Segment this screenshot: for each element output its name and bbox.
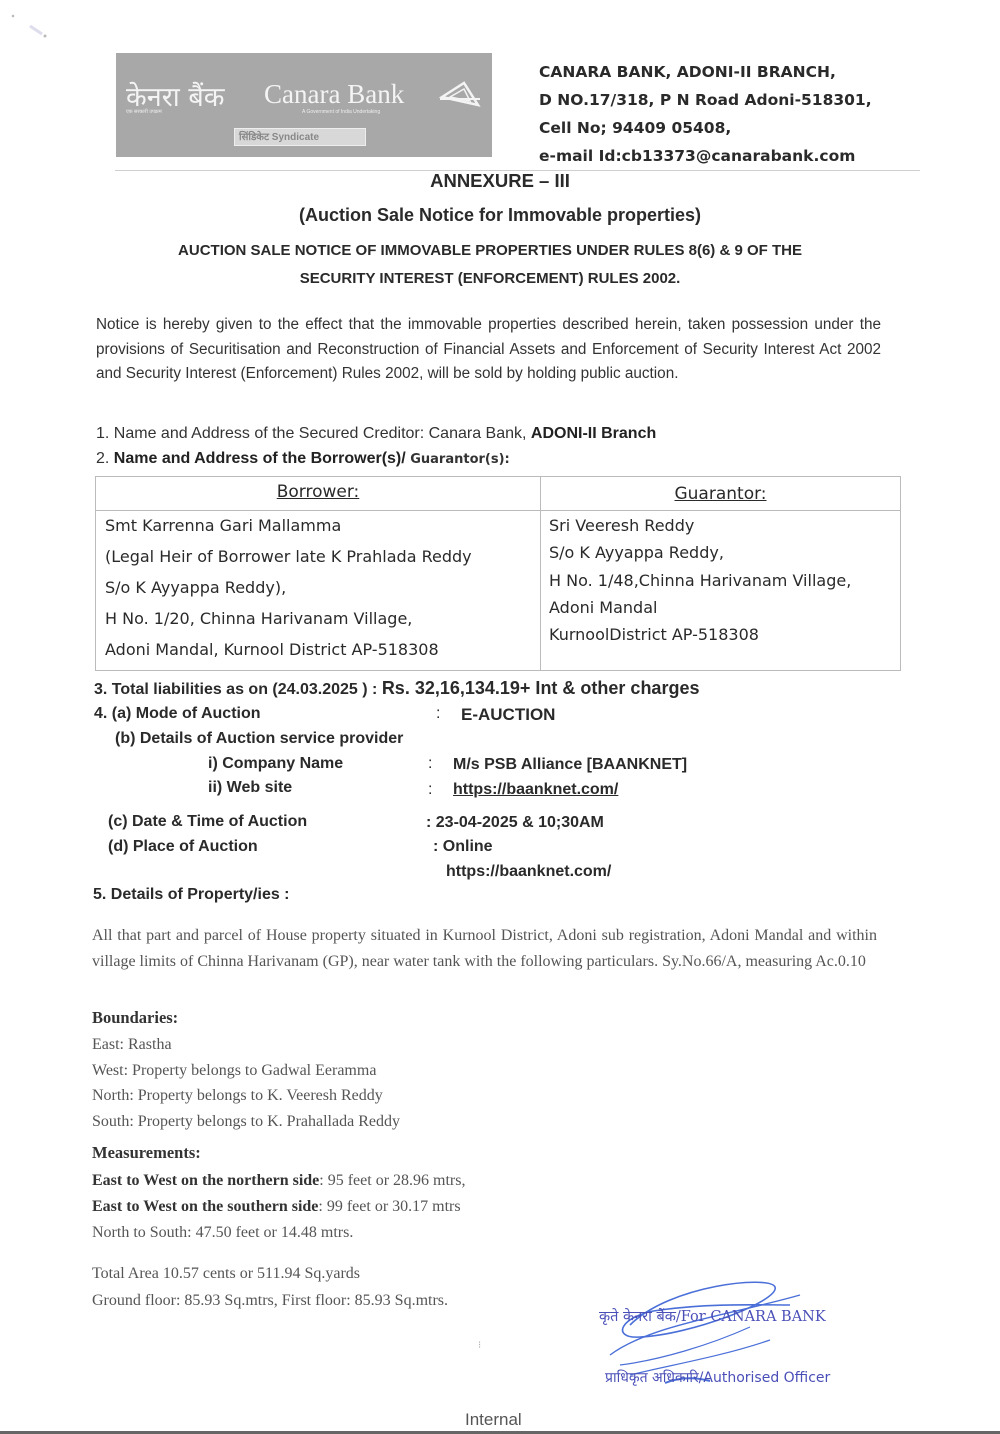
measurement-label: East to West on the northern side <box>92 1172 319 1189</box>
total-liabilities: 3. Total liabilities as on (24.03.2025 )… <box>94 678 699 699</box>
auction-place-url[interactable]: https://baanknet.com/ <box>446 863 611 881</box>
colon: : <box>428 781 432 799</box>
auction-datetime-value: : 23-04-2025 & 10;30AM <box>426 814 604 832</box>
auction-mode-label: 4. (a) Mode of Auction <box>94 705 261 723</box>
scan-speck <box>10 14 50 44</box>
measurement-label: East to West on the southern side <box>92 1198 318 1215</box>
canara-triangle-emblem-icon <box>438 79 482 109</box>
borrower-cell: Smt Karrenna Gari Mallamma (Legal Heir o… <box>105 510 472 665</box>
borrower-line: S/o K Ayyappa Reddy), <box>105 572 472 603</box>
website-link[interactable]: https://baanknet.com/ <box>453 781 618 799</box>
guarantor-cell: Sri Veeresh Reddy S/o K Ayyappa Reddy, H… <box>549 512 851 648</box>
notice-paragraph: Notice is hereby given to the effect tha… <box>96 313 881 387</box>
canara-bank-logo: केनरा बैंक Canara Bank एक सरकारी उपक्रम … <box>116 53 492 157</box>
boundary-item: West: Property belongs to Gadwal Eeramma <box>92 1058 400 1084</box>
guarantor-header: Guarantor: <box>541 484 900 504</box>
table-divider <box>540 477 541 670</box>
branch-address: CANARA BANK, ADONI-II BRANCH, D NO.17/31… <box>539 58 872 170</box>
guarantor-line: Adoni Mandal <box>549 594 851 621</box>
classification-label: Internal <box>465 1410 522 1430</box>
service-provider-label: (b) Details of Auction service provider <box>115 730 403 748</box>
colon: : <box>428 755 432 773</box>
boundary-item: South: Property belongs to K. Prahallada… <box>92 1109 400 1135</box>
borrower-line: (Legal Heir of Borrower late K Prahlada … <box>105 541 472 572</box>
auction-datetime-label: (c) Date & Time of Auction <box>108 813 307 831</box>
measurements-list: East to West on the northern side: 95 fe… <box>92 1168 465 1246</box>
scan-mark: ⁝ <box>478 1340 481 1351</box>
borrower-header: Borrower: <box>96 482 540 502</box>
signature-authorised-officer: प्राधिकृत अधिकारि/Authorised Officer <box>605 1368 830 1387</box>
logo-english-name: Canara Bank <box>264 79 404 110</box>
annexure-title: ANNEXURE – III <box>0 170 1000 192</box>
rules-heading-line1: AUCTION SALE NOTICE OF IMMOVABLE PROPERT… <box>90 242 890 259</box>
website-label: ii) Web site <box>208 779 292 797</box>
signature-for-bank: कृते केनरा बैंक/For CANARA BANK <box>599 1306 826 1326</box>
company-name-label: i) Company Name <box>208 755 343 773</box>
guarantor-line: H No. 1/48,Chinna Harivanam Village, <box>549 567 851 594</box>
item2-label: Name and Address of the Borrower(s)/ <box>114 450 406 467</box>
measurement-item: East to West on the southern side: 99 fe… <box>92 1194 465 1220</box>
measurement-item: North to South: 47.50 feet or 14.48 mtrs… <box>92 1220 465 1246</box>
secured-creditor-label: 1. Name and Address of the Secured Credi… <box>96 425 531 442</box>
boundary-item: North: Property belongs to K. Veeresh Re… <box>92 1083 400 1109</box>
measurement-value: : 95 feet or 28.96 mtrs, <box>319 1172 465 1189</box>
secured-creditor-branch: ADONI-II Branch <box>531 425 656 442</box>
guarantor-line: S/o K Ayyappa Reddy, <box>549 539 851 566</box>
borrower-line: H No. 1/20, Chinna Harivanam Village, <box>105 603 472 634</box>
measurements-heading: Measurements: <box>92 1143 201 1163</box>
liabilities-amount: Rs. 32,16,134.19+ Int & other charges <box>382 678 700 698</box>
property-details-heading: 5. Details of Property/ies : <box>93 886 290 904</box>
boundary-item: East: Rastha <box>92 1032 400 1058</box>
measurement-value: : 99 feet or 30.17 mtrs <box>318 1198 460 1215</box>
auction-place-value: : Online <box>433 838 493 856</box>
logo-tagline-hindi: एक सरकारी उपक्रम <box>126 109 162 115</box>
total-area: Total Area 10.57 cents or 511.94 Sq.yard… <box>92 1261 448 1288</box>
syndicate-badge: सिंडिकेट Syndicate <box>234 128 366 146</box>
boundaries-heading: Boundaries: <box>92 1008 178 1028</box>
parties-table: Borrower: Guarantor: Smt Karrenna Gari M… <box>95 476 901 671</box>
auction-place-label: (d) Place of Auction <box>108 838 258 856</box>
secured-creditor: 1. Name and Address of the Secured Credi… <box>96 425 656 443</box>
colon: : <box>436 705 440 723</box>
company-name-value: M/s PSB Alliance [BAANKNET] <box>453 756 687 774</box>
notice-subtitle: (Auction Sale Notice for Immovable prope… <box>0 205 1000 226</box>
logo-tagline-english: A Government of India Undertaking <box>302 109 380 115</box>
boundaries-list: East: Rastha West: Property belongs to G… <box>92 1032 400 1134</box>
area-details: Total Area 10.57 cents or 511.94 Sq.yard… <box>92 1261 448 1314</box>
property-description: All that part and parcel of House proper… <box>92 923 877 974</box>
item2-label-small: Guarantor(s): <box>406 452 510 467</box>
branch-address-line: e-mail Id:cb13373@canarabank.com <box>539 142 872 170</box>
guarantor-line: KurnoolDistrict AP-518308 <box>549 621 851 648</box>
rules-heading-line2: SECURITY INTEREST (ENFORCEMENT) RULES 20… <box>90 270 890 287</box>
borrower-guarantor-heading: 2. Name and Address of the Borrower(s)/ … <box>96 450 510 468</box>
measurement-item: East to West on the northern side: 95 fe… <box>92 1168 465 1194</box>
floor-areas: Ground floor: 85.93 Sq.mtrs, First floor… <box>92 1288 448 1315</box>
auction-mode-value: E-AUCTION <box>461 705 555 725</box>
branch-address-line: D NO.17/318, P N Road Adoni-518301, <box>539 86 872 114</box>
guarantor-line: Sri Veeresh Reddy <box>549 512 851 539</box>
branch-address-line: Cell No; 94409 05408, <box>539 114 872 142</box>
item2-number: 2. <box>96 450 114 467</box>
borrower-line: Adoni Mandal, Kurnool District AP-518308 <box>105 634 472 665</box>
branch-address-line: CANARA BANK, ADONI-II BRANCH, <box>539 58 872 86</box>
liabilities-label: 3. Total liabilities as on (24.03.2025 )… <box>94 681 382 698</box>
borrower-line: Smt Karrenna Gari Mallamma <box>105 510 472 541</box>
